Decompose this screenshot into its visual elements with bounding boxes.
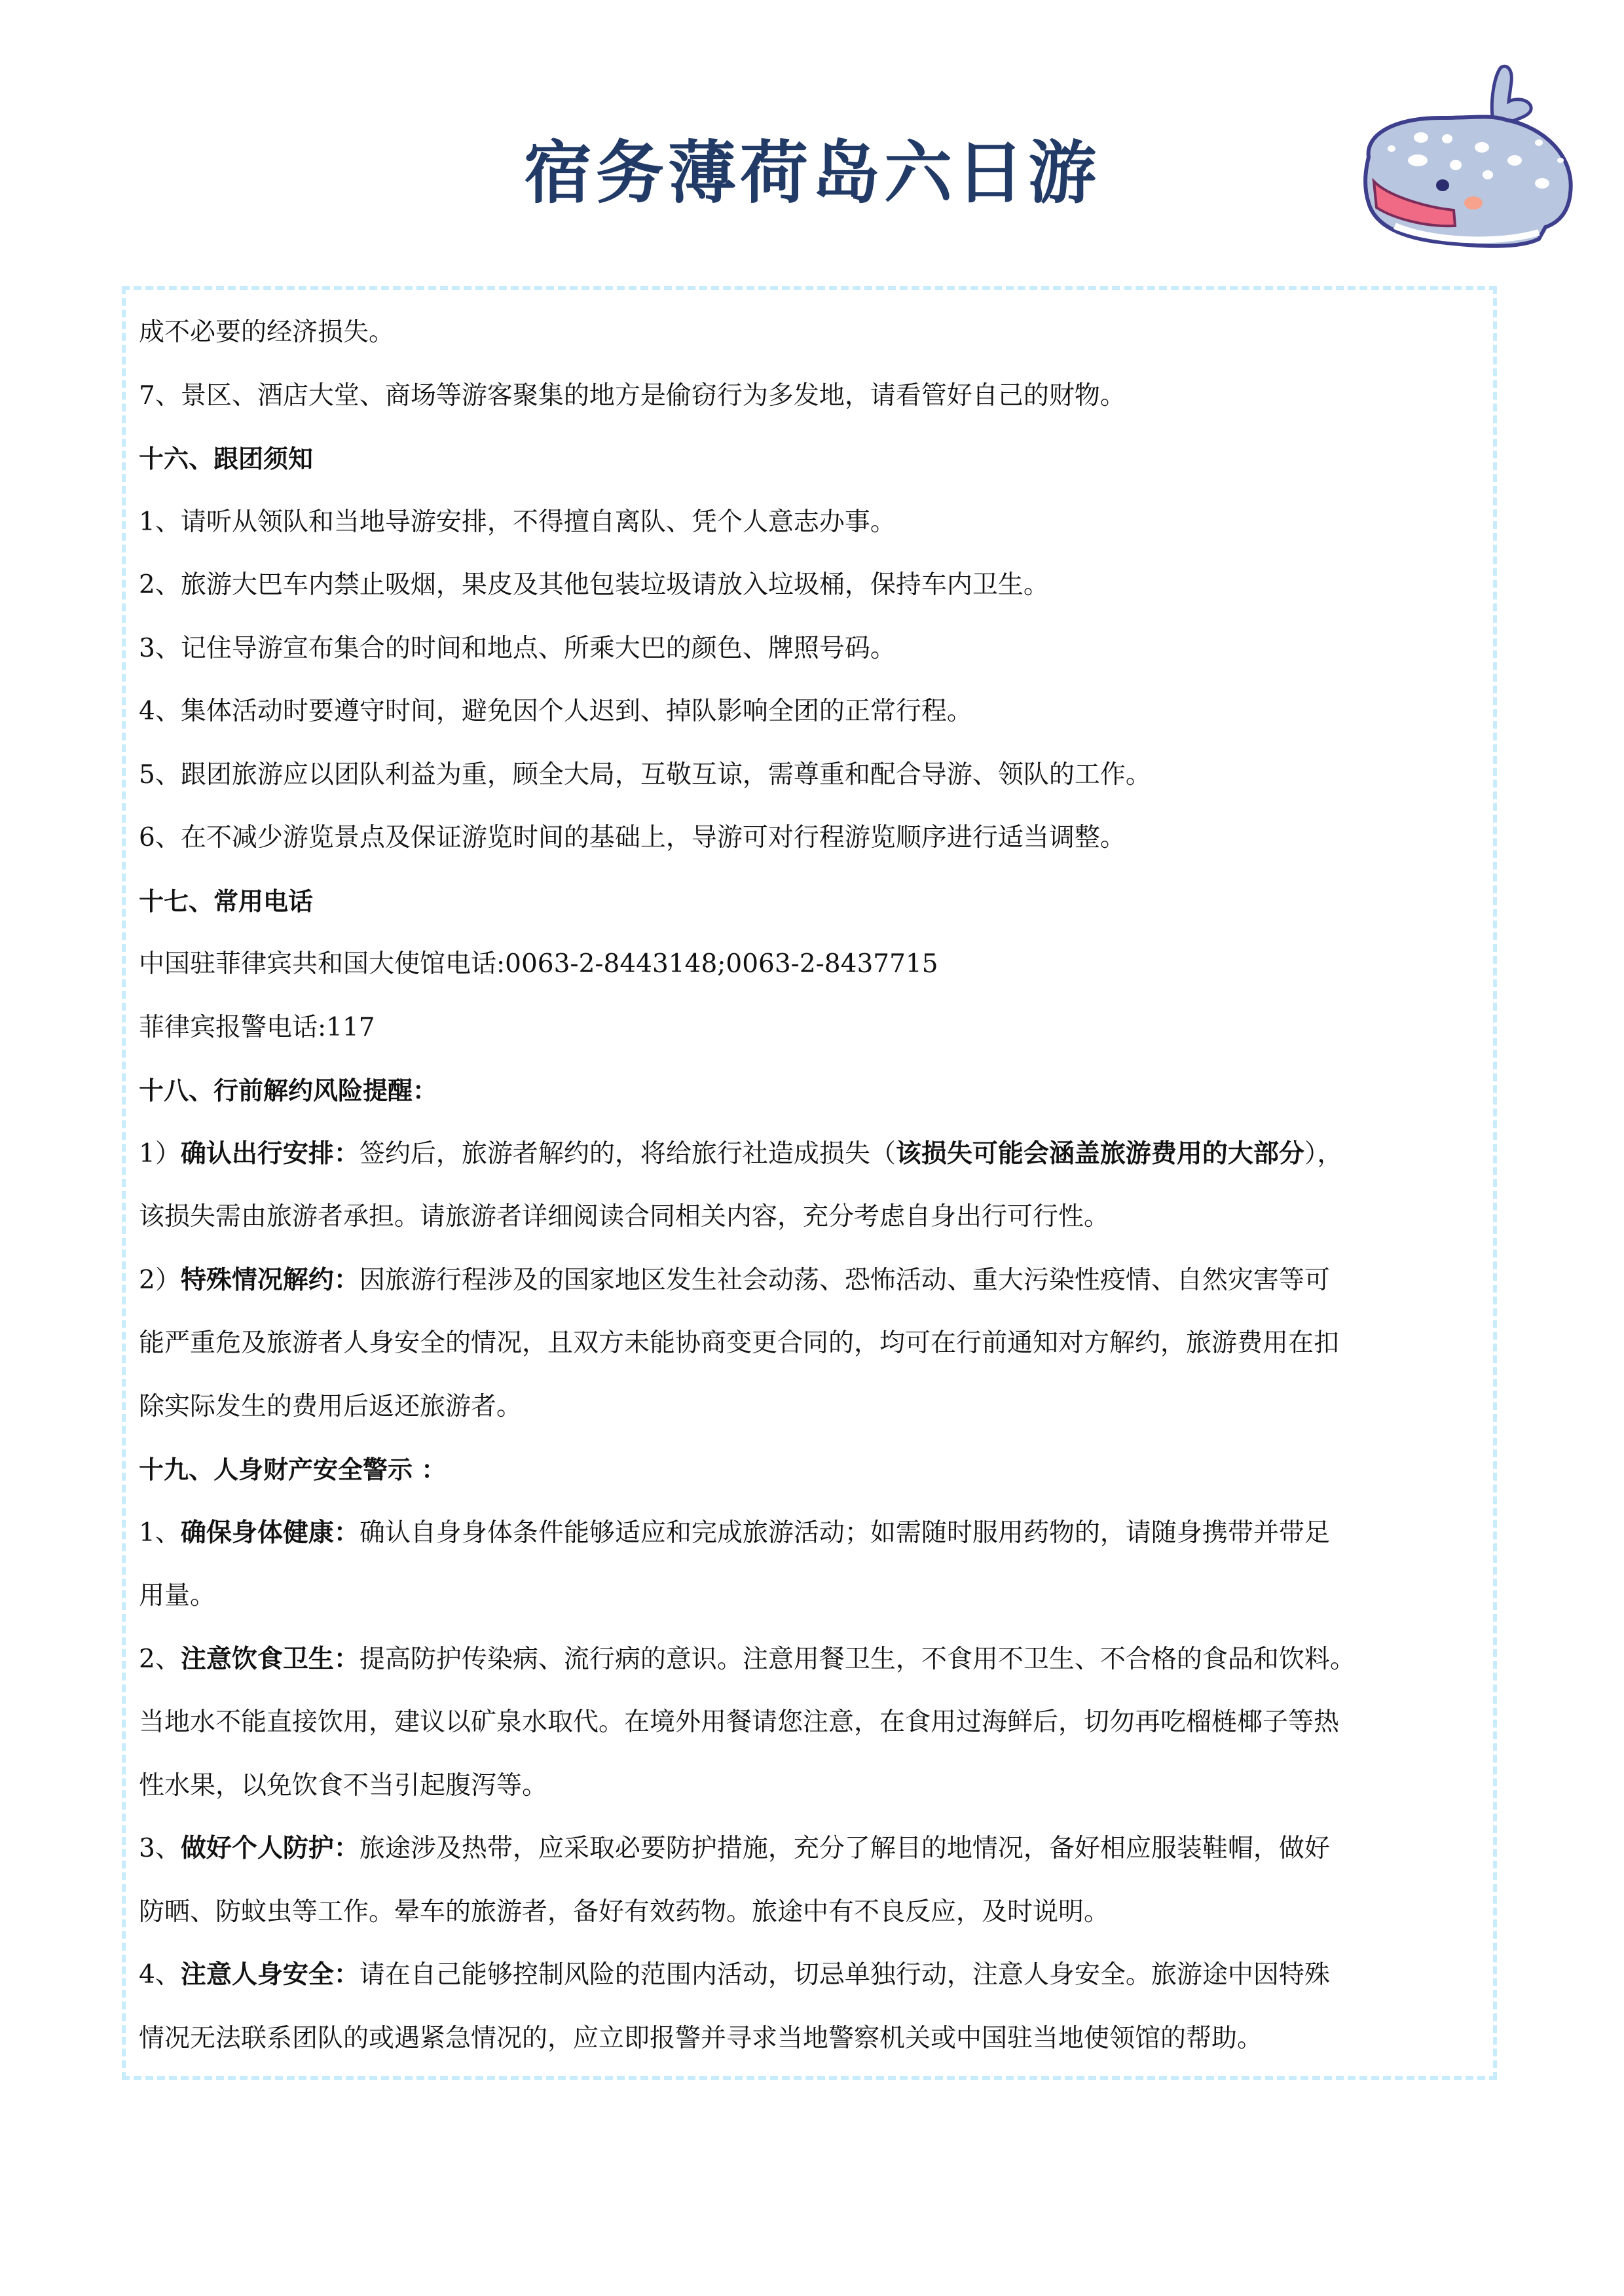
embassy-phone: 中国驻菲律宾共和国大使馆电话:0063-2-8443148;0063-2-843… bbox=[139, 933, 1488, 996]
text-line: 能严重危及旅游者人身安全的情况，且双方未能协商变更合同的，均可在行前通知对方解约… bbox=[139, 1312, 1488, 1376]
item-prefix: 1、 bbox=[139, 1518, 181, 1548]
text-line: 性水果，以免饮食不当引起腹泻等。 bbox=[139, 1755, 1488, 1818]
item-bold-emphasis: 该损失可能会涵盖旅游费用的大部分 bbox=[896, 1139, 1304, 1169]
text-line: 防晒、防蚊虫等工作。晕车的旅游者，备好有效药物。旅途中有不良反应，及时说明。 bbox=[139, 1881, 1488, 1944]
text-line: 除实际发生的费用后返还旅游者。 bbox=[139, 1376, 1488, 1439]
text-line: 4、集体活动时要遵守时间，避免因个人迟到、掉队影响全团的正常行程。 bbox=[139, 680, 1488, 744]
section-heading-19: 十九、人身财产安全警示 ： bbox=[139, 1438, 1488, 1502]
text-line-mixed: 2）特殊情况解约：因旅游行程涉及的国家地区发生社会动荡、恐怖活动、重大污染性疫情… bbox=[139, 1249, 1488, 1313]
section-heading-18: 十八、行前解约风险提醒： bbox=[139, 1059, 1488, 1123]
item-bold-label: 注意人身安全： bbox=[181, 1960, 360, 1990]
item-bold-label: 特殊情况解约： bbox=[181, 1266, 360, 1295]
text-line: 5、跟团旅游应以团队利益为重，顾全大局，互敬互谅，需尊重和配合导游、领队的工作。 bbox=[139, 744, 1488, 807]
text-line-mixed: 3、做好个人防护：旅途涉及热带，应采取必要防护措施，充分了解目的地情况，备好相应… bbox=[139, 1817, 1488, 1881]
item-bold-label: 注意饮食卫生： bbox=[181, 1645, 360, 1674]
text-line: 3、记住导游宣布集合的时间和地点、所乘大巴的颜色、牌照号码。 bbox=[139, 617, 1488, 681]
item-bold-label: 确保身体健康： bbox=[181, 1518, 360, 1548]
text-line: 7、景区、酒店大堂、商场等游客聚集的地方是偷窃行为多发地，请看管好自己的财物。 bbox=[139, 365, 1488, 428]
item-bold-label: 确认出行安排： bbox=[181, 1139, 360, 1169]
item-suffix: ）， bbox=[1304, 1139, 1343, 1169]
text-line: 该损失需由旅游者承担。请旅游者详细阅读合同相关内容，充分考虑自身出行可行性。 bbox=[139, 1186, 1488, 1249]
police-phone: 菲律宾报警电话:117 bbox=[139, 996, 1488, 1060]
item-text: 旅途涉及热带，应采取必要防护措施，充分了解目的地情况，备好相应服装鞋帽，做好 bbox=[360, 1834, 1330, 1863]
item-prefix: 3、 bbox=[139, 1834, 181, 1863]
item-text: 提高防护传染病、流行病的意识。注意用餐卫生，不食用不卫生、不合格的食品和饮料。 bbox=[360, 1645, 1356, 1674]
item-text: 因旅游行程涉及的国家地区发生社会动荡、恐怖活动、重大污染性疫情、自然灾害等可 bbox=[360, 1266, 1330, 1295]
item-prefix: 2） bbox=[139, 1266, 181, 1295]
item-bold-label: 做好个人防护： bbox=[181, 1834, 360, 1863]
section-heading-16: 十六、跟团须知 bbox=[139, 428, 1488, 491]
content-body: 成不必要的经济损失。 7、景区、酒店大堂、商场等游客聚集的地方是偷窃行为多发地，… bbox=[139, 301, 1488, 2070]
text-line: 6、在不减少游览景点及保证游览时间的基础上，导游可对行程游览顺序进行适当调整。 bbox=[139, 807, 1488, 870]
item-text: 请在自己能够控制风险的范围内活动，切忌单独行动，注意人身安全。旅游途中因特殊 bbox=[360, 1960, 1330, 1990]
text-line: 当地水不能直接饮用，建议以矿泉水取代。在境外用餐请您注意，在食用过海鲜后，切勿再… bbox=[139, 1691, 1488, 1755]
item-prefix: 1） bbox=[139, 1139, 181, 1169]
section-heading-17: 十七、常用电话 bbox=[139, 870, 1488, 934]
text-line-mixed: 1）确认出行安排：签约后，旅游者解约的，将给旅行社造成损失（该损失可能会涵盖旅游… bbox=[139, 1123, 1488, 1186]
text-line-mixed: 2、注意饮食卫生：提高防护传染病、流行病的意识。注意用餐卫生，不食用不卫生、不合… bbox=[139, 1628, 1488, 1692]
item-prefix: 2、 bbox=[139, 1645, 181, 1674]
text-line-mixed: 4、注意人身安全：请在自己能够控制风险的范围内活动，切忌单独行动，注意人身安全。… bbox=[139, 1944, 1488, 2007]
text-line: 成不必要的经济损失。 bbox=[139, 301, 1488, 365]
text-line: 用量。 bbox=[139, 1565, 1488, 1628]
item-text: 签约后，旅游者解约的，将给旅行社造成损失（ bbox=[360, 1139, 896, 1169]
text-line: 2、旅游大巴车内禁止吸烟，果皮及其他包装垃圾请放入垃圾桶，保持车内卫生。 bbox=[139, 554, 1488, 617]
text-line-mixed: 1、确保身体健康：确认自身身体条件能够适应和完成旅游活动；如需随时服用药物的，请… bbox=[139, 1502, 1488, 1565]
text-line: 情况无法联系团队的或遇紧急情况的，应立即报警并寻求当地警察机关或中国驻当地使领馆… bbox=[139, 2007, 1488, 2071]
item-text: 确认自身身体条件能够适应和完成旅游活动；如需随时服用药物的，请随身携带并带足 bbox=[360, 1518, 1330, 1548]
item-prefix: 4、 bbox=[139, 1960, 181, 1990]
whale-icon bbox=[1323, 36, 1598, 259]
text-line: 1、请听从领队和当地导游安排，不得擅自离队、凭个人意志办事。 bbox=[139, 491, 1488, 555]
